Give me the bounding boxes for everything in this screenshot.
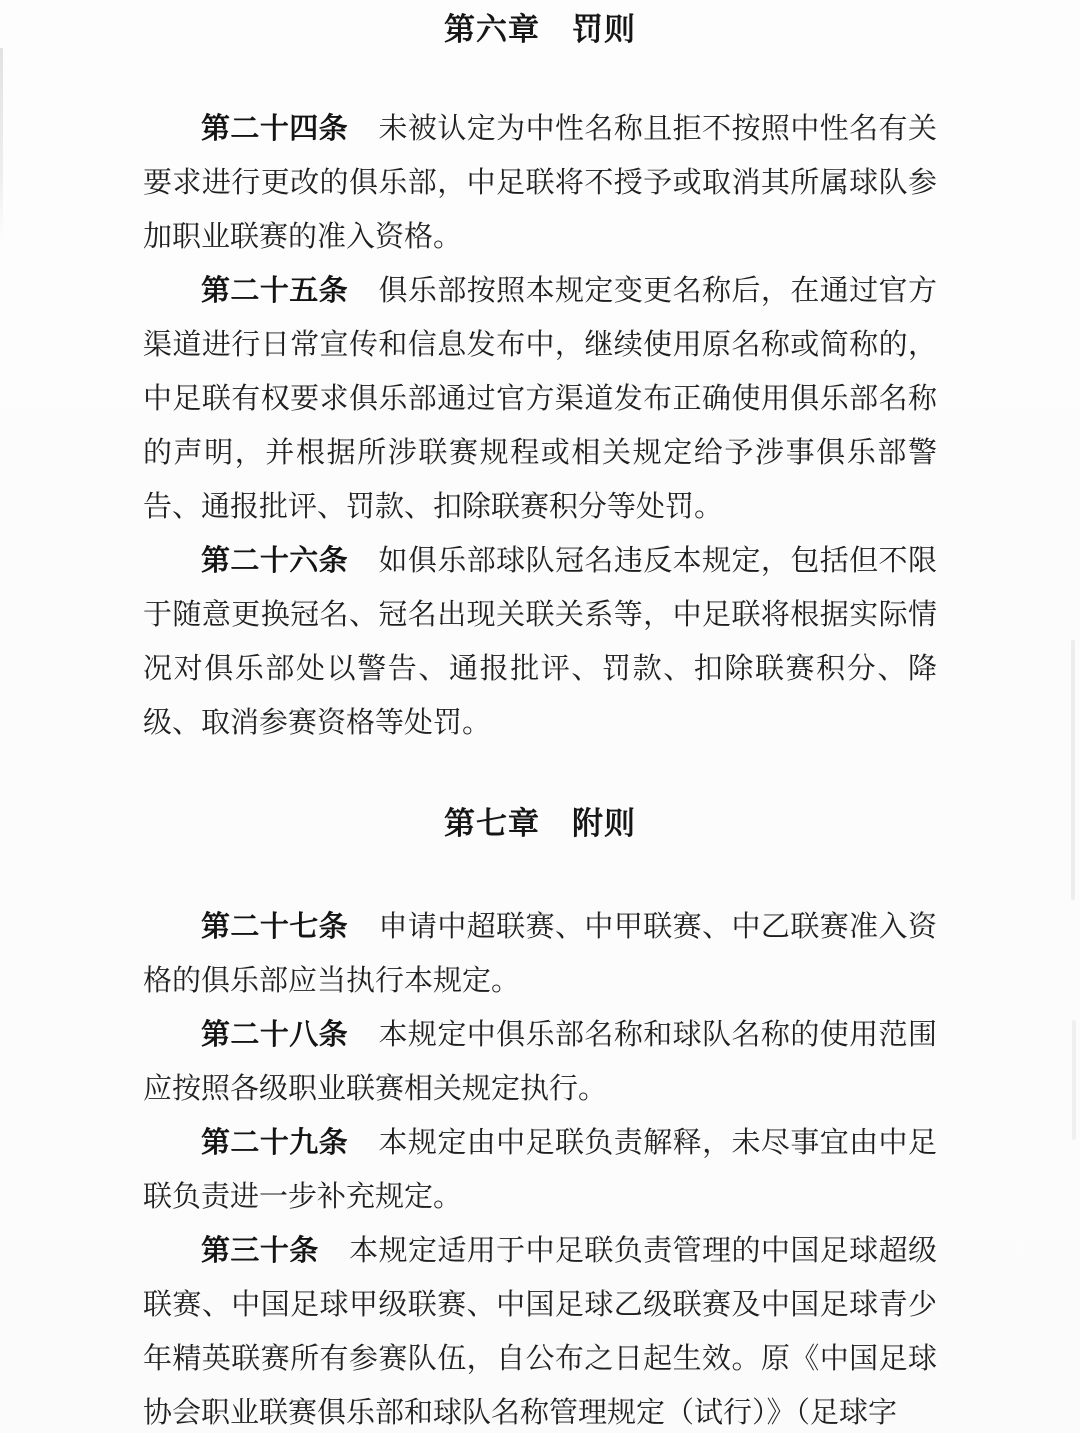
article-27: 第二十七条申请中超联赛、中甲联赛、中乙联赛准入资格的俱乐部应当执行本规定。 bbox=[143, 900, 937, 1008]
article-30-number: 第三十条 bbox=[201, 1235, 319, 1267]
article-26: 第二十六条如俱乐部球队冠名违反本规定，包括但不限于随意更换冠名、冠名出现关联关系… bbox=[143, 534, 937, 750]
article-26-number: 第二十六条 bbox=[201, 545, 348, 577]
scan-edge-artifact-right-lower bbox=[1072, 1020, 1076, 1140]
article-28: 第二十八条本规定中俱乐部名称和球队名称的使用范围应按照各级职业联赛相关规定执行。 bbox=[143, 1008, 937, 1116]
chapter-6-heading: 第六章 罚则 bbox=[143, 8, 937, 52]
article-29: 第二十九条本规定由中足联负责解释，未尽事宜由中足联负责进一步补充规定。 bbox=[143, 1116, 937, 1224]
article-28-number: 第二十八条 bbox=[201, 1019, 348, 1051]
article-27-number: 第二十七条 bbox=[201, 911, 348, 943]
scan-edge-artifact-left bbox=[0, 48, 3, 238]
article-29-number: 第二十九条 bbox=[201, 1127, 348, 1159]
scan-edge-artifact-right-upper bbox=[1071, 640, 1075, 900]
article-24-number: 第二十四条 bbox=[201, 113, 348, 145]
article-25-number: 第二十五条 bbox=[201, 275, 348, 307]
article-24: 第二十四条未被认定为中性名称且拒不按照中性名有关要求进行更改的俱乐部，中足联将不… bbox=[143, 102, 937, 264]
document-page: 第六章 罚则 第二十四条未被认定为中性名称且拒不按照中性名有关要求进行更改的俱乐… bbox=[0, 0, 1080, 1433]
chapter-7-heading: 第七章 附则 bbox=[143, 802, 937, 846]
article-30: 第三十条本规定适用于中足联负责管理的中国足球超级联赛、中国足球甲级联赛、中国足球… bbox=[143, 1224, 937, 1433]
article-25-text: 俱乐部按照本规定变更名称后，在通过官方渠道进行日常宣传和信息发布中，继续使用原名… bbox=[143, 275, 937, 523]
article-25: 第二十五条俱乐部按照本规定变更名称后，在通过官方渠道进行日常宣传和信息发布中，继… bbox=[143, 264, 937, 534]
